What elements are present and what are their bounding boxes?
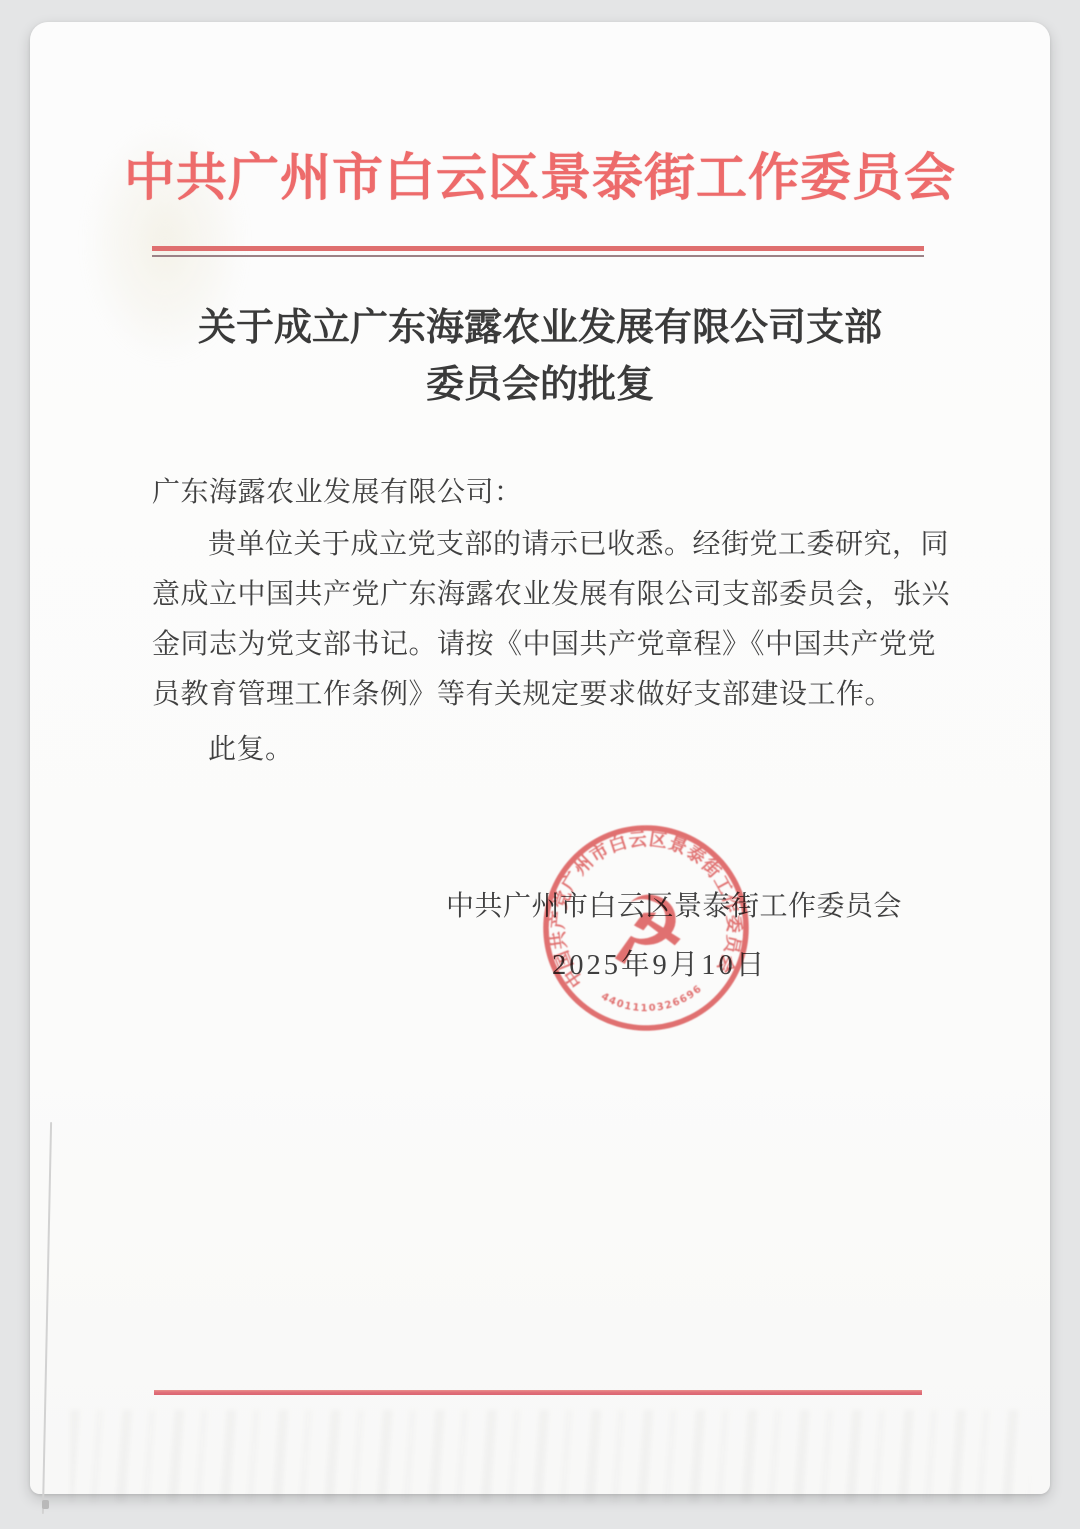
document-page: 中共广州市白云区景泰街工作委员会 关于成立广东海露农业发展有限公司支部 委员会的…: [30, 22, 1050, 1494]
scanned-document-background: 中共广州市白云区景泰街工作委员会 关于成立广东海露农业发展有限公司支部 委员会的…: [0, 0, 1080, 1529]
closing-phrase: 此复。: [152, 727, 294, 767]
official-seal: 中国共产党广州市白云区景泰街工作委员会 ☭ 4401110326696: [529, 811, 763, 1045]
page-showthrough-texture: [70, 1410, 1030, 1502]
letterhead-rule-thin: [152, 255, 924, 257]
body-line-4: 员教育管理工作条例》等有关规定要求做好支部建设工作。: [152, 672, 893, 712]
page-edge-mark: [42, 1500, 49, 1509]
body-line-3: 金同志为党支部书记。请按《中国共产党章程》《中国共产党党: [152, 622, 936, 662]
page-edge-fold-line: [42, 1122, 52, 1514]
document-title-line-1: 关于成立广东海露农业发展有限公司支部: [75, 300, 1005, 357]
document-title-line-2: 委员会的批复: [75, 357, 1005, 414]
letterhead-rule-thick: [152, 246, 924, 251]
document-title: 关于成立广东海露农业发展有限公司支部 委员会的批复: [75, 300, 1005, 414]
hammer-sickle-icon: ☭: [600, 874, 691, 988]
salutation: 广东海露农业发展有限公司：: [152, 470, 523, 510]
body-line-2: 意成立中国共产党广东海露农业发展有限公司支部委员会，张兴: [152, 572, 950, 612]
seal-code: 4401110326696: [598, 982, 706, 1018]
body-line-1: 贵单位关于成立党支部的请示已收悉。经街党工委研究，同: [152, 522, 949, 562]
footer-rule: [154, 1390, 922, 1395]
letterhead-org-name: 中共广州市白云区景泰街工作委员会: [75, 150, 1005, 209]
